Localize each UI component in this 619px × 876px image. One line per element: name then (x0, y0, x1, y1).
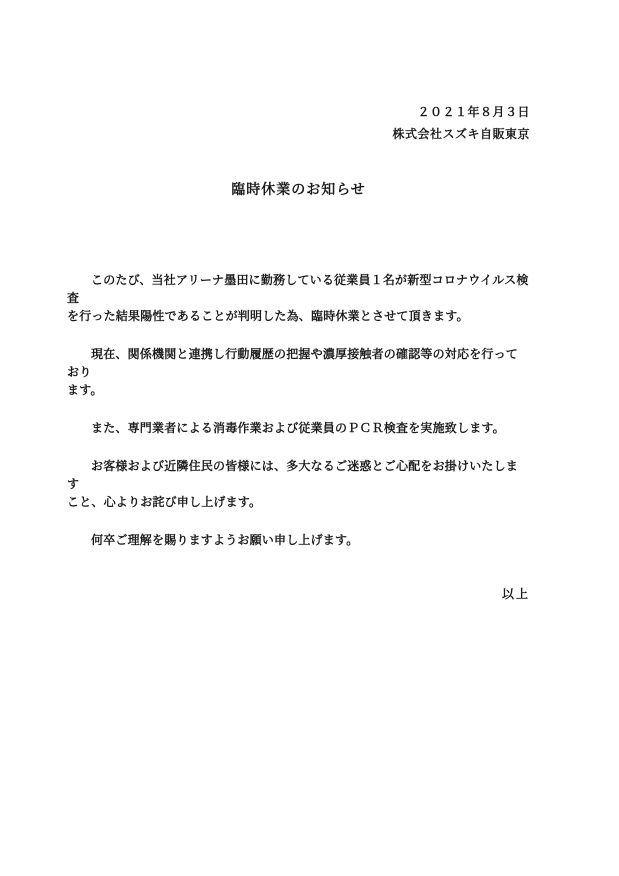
closing-ijou: 以上 (67, 585, 530, 603)
paragraph-apology: お客様および近隣住民の皆様には、多大なるご迷惑とご心配をお掛けいたします こと、… (67, 457, 530, 511)
document-header: ２０２１年８月３日 株式会社スズキ自販東京 (67, 101, 530, 145)
document-page: ２０２１年８月３日 株式会社スズキ自販東京 臨時休業のお知らせ このたび、当社ア… (0, 0, 619, 876)
date-line: ２０２１年８月３日 (67, 101, 530, 123)
paragraph-contact-tracing: 現在、関係機関と連携し行動履歴の把握や濃厚接触者の確認等の対応を行っており ます… (67, 345, 530, 399)
paragraph-covid-case: このたび、当社アリーナ墨田に勤務している従業員１名が新型コロナウイルス検査 を行… (67, 271, 530, 325)
company-name: 株式会社スズキ自販東京 (67, 123, 530, 145)
document-body: このたび、当社アリーナ墨田に勤務している従業員１名が新型コロナウイルス検査 を行… (67, 271, 530, 549)
document-title: 臨時休業のお知らせ (67, 181, 530, 199)
paragraph-request-understanding: 何卒ご理解を賜りますようお願い申し上げます。 (67, 531, 530, 549)
paragraph-disinfection-pcr: また、専門業者による消毒作業および従業員のＰＣＲ検査を実施致します。 (67, 419, 530, 437)
